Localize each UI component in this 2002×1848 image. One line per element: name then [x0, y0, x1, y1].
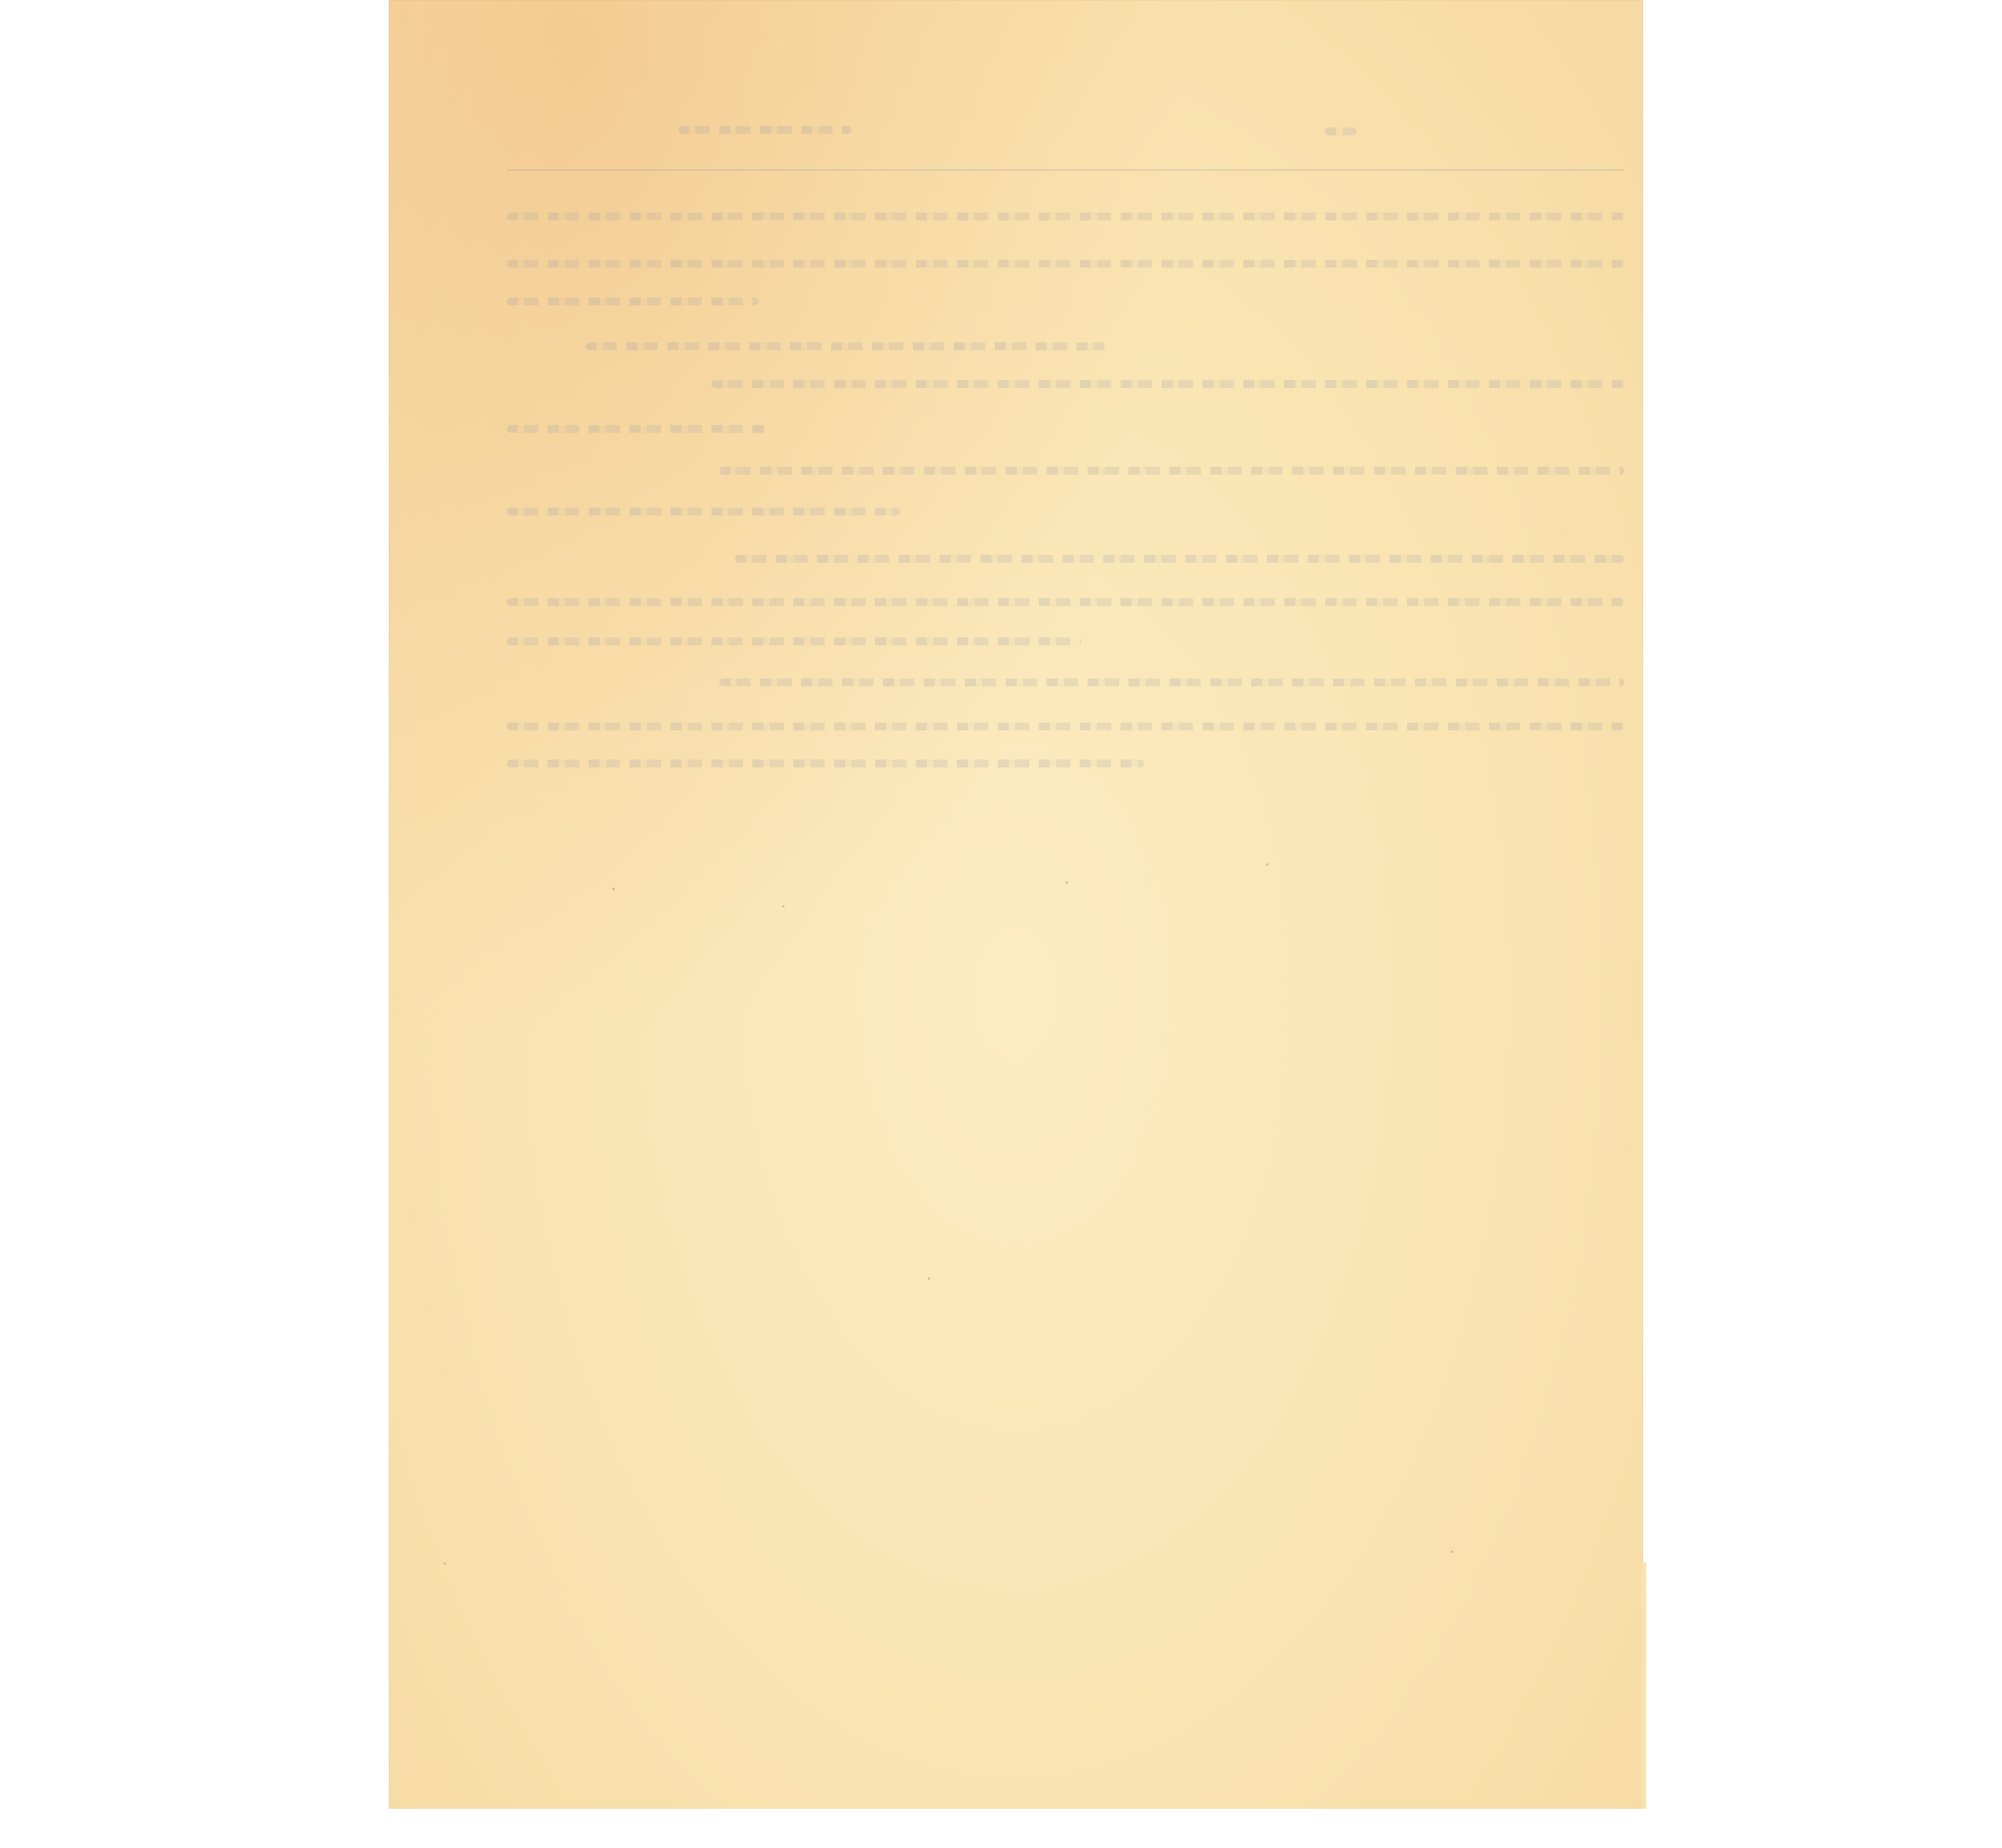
paper-speck: [928, 1277, 930, 1280]
show-through-text: [389, 0, 1643, 1809]
paper-speck: [444, 1562, 446, 1565]
page-edge: [1642, 1562, 1646, 1809]
paper-speck: [782, 905, 785, 907]
paper-speck: [1266, 863, 1269, 866]
paper-speck: [612, 888, 615, 890]
scanned-page: [389, 0, 1643, 1809]
paper-speck: [1451, 1550, 1453, 1553]
paper-speck: [1066, 881, 1068, 884]
